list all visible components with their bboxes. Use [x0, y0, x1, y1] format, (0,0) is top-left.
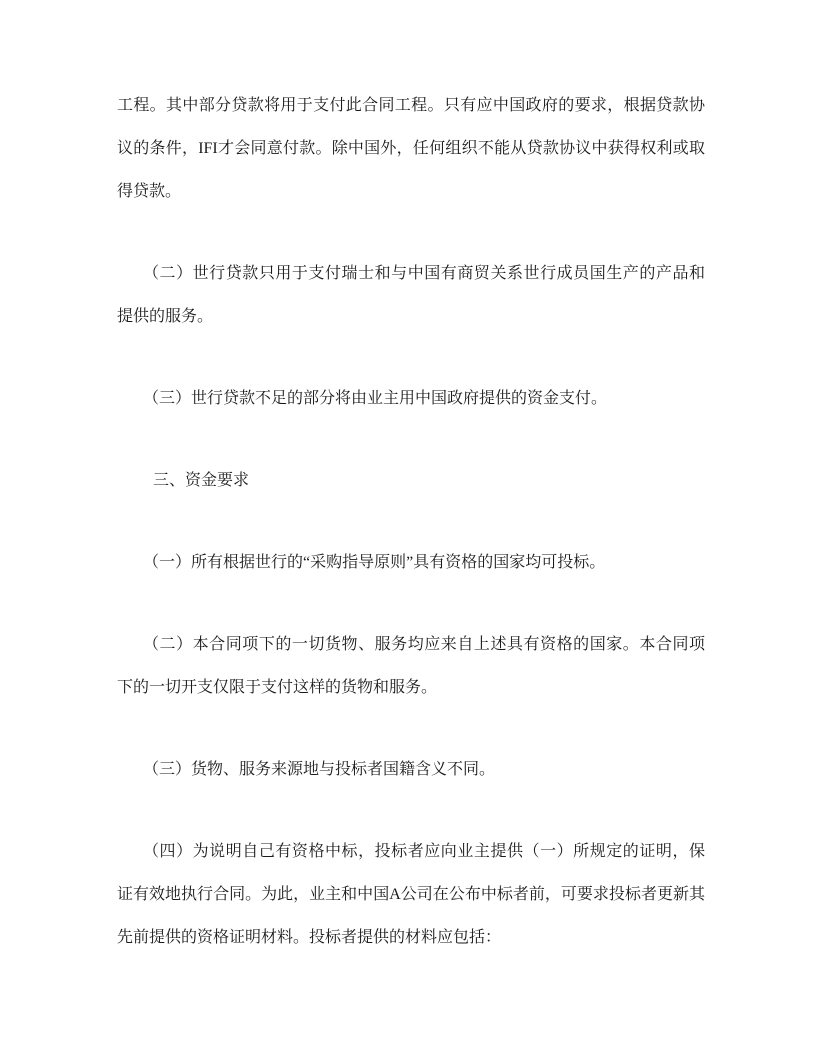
- text-line: （三）货物、服务来源地与投标者国籍含义不同。: [117, 748, 705, 791]
- text-line: 议的条件，IFI才会同意付款。除中国外，任何组织不能从贷款协议中获得权利或取: [117, 127, 705, 170]
- text-line: 提供的服务。: [117, 295, 705, 338]
- text-line: （四）为说明自己有资格中标，投标者应向业主提供（一）所规定的证明，保: [117, 830, 705, 873]
- document-page: 工程。其中部分贷款将用于支付此合同工程。只有应中国政府的要求，根据贷款协议的条件…: [0, 0, 816, 1056]
- section-heading: 三、资金要求: [117, 459, 705, 502]
- paragraph: （二）本合同项下的一切货物、服务均应来自上述具有资格的国家。本合同项下的一切开支…: [117, 623, 705, 709]
- paragraph: （二）世行贷款只用于支付瑞士和与中国有商贸关系世行成员国生产的产品和提供的服务。: [117, 252, 705, 338]
- text-line: 先前提供的资格证明材料。投标者提供的材料应包括：: [117, 916, 705, 959]
- paragraph: 工程。其中部分贷款将用于支付此合同工程。只有应中国政府的要求，根据贷款协议的条件…: [117, 84, 705, 213]
- text-line: （二）世行贷款只用于支付瑞士和与中国有商贸关系世行成员国生产的产品和: [117, 252, 705, 295]
- text-line: 下的一切开支仅限于支付这样的货物和服务。: [117, 666, 705, 709]
- text-line: （三）世行贷款不足的部分将由业主用中国政府提供的资金支付。: [117, 377, 705, 420]
- document-body: 工程。其中部分贷款将用于支付此合同工程。只有应中国政府的要求，根据贷款协议的条件…: [117, 84, 705, 959]
- text-line: 三、资金要求: [117, 459, 705, 502]
- text-line: 工程。其中部分贷款将用于支付此合同工程。只有应中国政府的要求，根据贷款协: [117, 84, 705, 127]
- text-line: 得贷款。: [117, 170, 705, 213]
- text-line: 证有效地执行合同。为此，业主和中国A公司在公布中标者前，可要求投标者更新其: [117, 873, 705, 916]
- paragraph: （一）所有根据世行的“采购指导原则”具有资格的国家均可投标。: [117, 541, 705, 584]
- paragraph: （四）为说明自己有资格中标，投标者应向业主提供（一）所规定的证明，保证有效地执行…: [117, 830, 705, 959]
- text-line: （一）所有根据世行的“采购指导原则”具有资格的国家均可投标。: [117, 541, 705, 584]
- paragraph: （三）世行贷款不足的部分将由业主用中国政府提供的资金支付。: [117, 377, 705, 420]
- text-line: （二）本合同项下的一切货物、服务均应来自上述具有资格的国家。本合同项: [117, 623, 705, 666]
- paragraph: （三）货物、服务来源地与投标者国籍含义不同。: [117, 748, 705, 791]
